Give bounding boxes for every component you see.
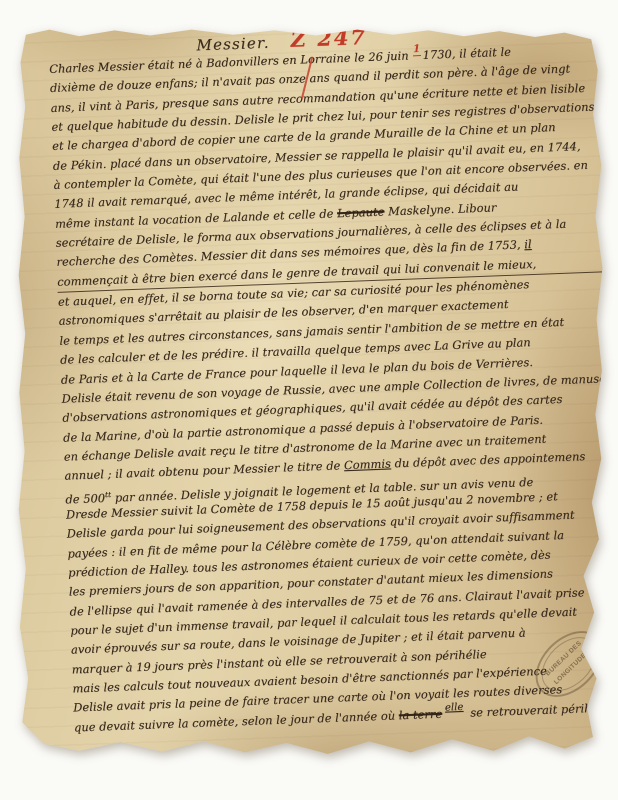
manuscript-text: Messier. Z 247 Charles Messier était né … <box>48 15 618 737</box>
manuscript-text-segment: il <box>524 237 532 251</box>
manuscript-text-segment: la terre <box>399 706 443 722</box>
manuscript-text-segment: Maskelyne. Libour <box>384 200 496 218</box>
manuscript-text-segment: se retrouverait périhélie. <box>466 700 616 720</box>
manuscript-text-segment: Lepaute <box>337 204 385 220</box>
manuscript-text-segment: Commis <box>344 457 391 473</box>
photo-background: Messier. Z 247 Charles Messier était né … <box>0 0 618 800</box>
manuscript-text-segment: 1730, il était le <box>422 45 511 62</box>
paper-sheet: Messier. Z 247 Charles Messier était né … <box>14 26 606 759</box>
manuscript-page: Messier. Z 247 Charles Messier était né … <box>0 0 618 800</box>
manuscript-lines: Charles Messier était né à Badonvillers … <box>49 39 618 737</box>
manuscript-text-segment: du dépôt avec des appointemens <box>391 449 586 470</box>
manuscript-text-segment: 1 <box>413 43 421 56</box>
manuscript-text-segment: elle <box>445 702 464 714</box>
